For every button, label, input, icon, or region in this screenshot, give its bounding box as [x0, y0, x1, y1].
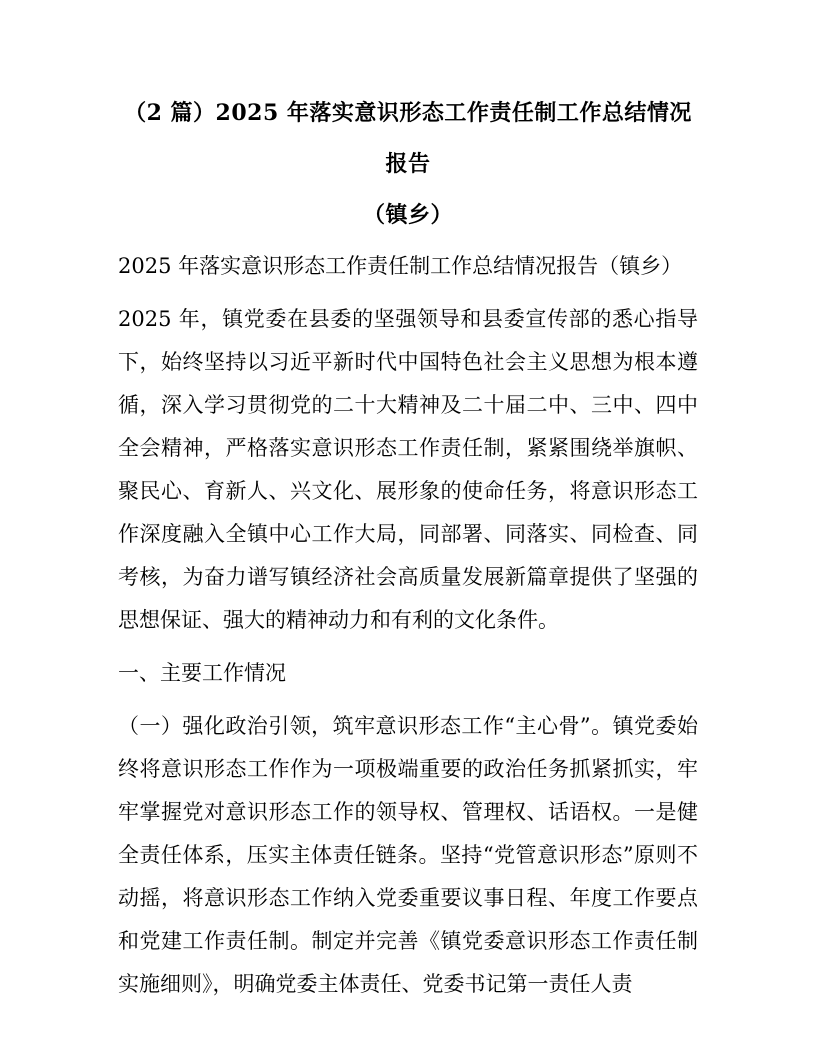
document-title-line1: （2 篇）2025 年落实意识形态工作责任制工作总结情况报告: [118, 88, 698, 190]
document-title-line2: （镇乡）: [118, 190, 698, 241]
section-paragraph: （一）强化政治引领，筑牢意识形态工作“主心骨”。镇党委始终将意识形态工作作为一项…: [118, 705, 698, 1006]
intro-paragraph: 2025 年，镇党委在县委的坚强领导和县委宣传部的悉心指导下，始终坚持以习近平新…: [118, 298, 698, 642]
section-heading: 一、主要工作情况: [118, 652, 698, 695]
document-page: （2 篇）2025 年落实意识形态工作责任制工作总结情况报告 （镇乡） 2025…: [0, 0, 816, 1056]
document-title: （2 篇）2025 年落实意识形态工作责任制工作总结情况报告 （镇乡）: [118, 88, 698, 241]
report-subtitle: 2025 年落实意识形态工作责任制工作总结情况报告（镇乡）: [118, 245, 698, 288]
